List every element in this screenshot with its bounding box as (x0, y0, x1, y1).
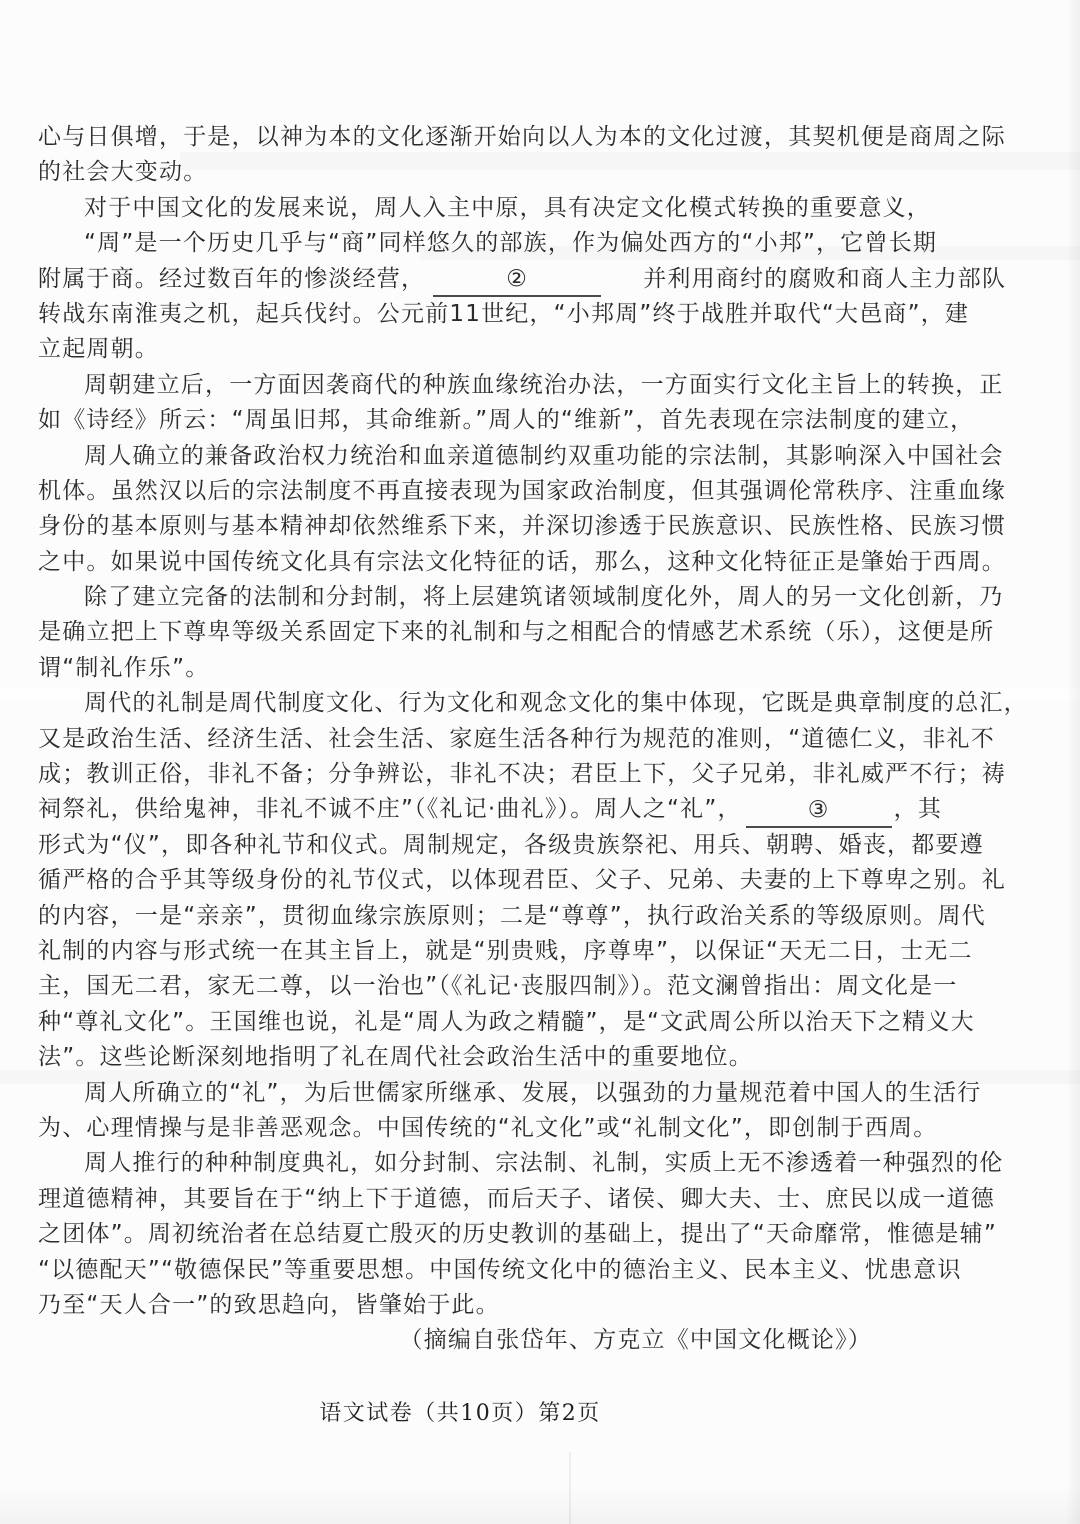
text-line: 之团体”。周初统治者在总结夏亡殷灭的历史教训的基础上，提出了“天命靡常，惟德是辅… (38, 1217, 1050, 1252)
fill-in-blank-underline-3: ③ (746, 795, 892, 828)
text-line: 礼制的内容与形式统一在其主旨上，就是“别贵贱，序尊卑”，以保证“天无二日，士无二 (38, 934, 1050, 969)
text-line: 周人推行的种种制度典礼，如分封制、宗法制、礼制，实质上无不渗透着一种强烈的伦 (38, 1146, 1050, 1181)
text-line: 成；教训正俗，非礼不备；分争辨讼，非礼不决；君臣上下，父子兄弟，非礼威严不行；祷 (38, 757, 1050, 792)
text-line: 种“尊礼文化”。王国维也说，礼是“周人为政之精髓”，是“文武周公所以治天下之精义… (38, 1005, 1050, 1040)
text-segment: ，其 (894, 796, 942, 822)
text-line: 转战东南淮夷之机，起兵伐纣。公元前11世纪，“小邦周”终于战胜并取代“大邑商”，… (38, 297, 1050, 332)
text-line: 立起周朝。 (38, 332, 1050, 367)
scan-edge-shade (1066, 0, 1080, 1524)
passage-body: 心与日俱增，于是，以神为本的文化逐渐开始向以人为本的文化过渡，其契机便是商周之际… (38, 120, 1050, 1359)
text-line: 机体。虽然汉以后的宗法制度不再直接表现为国家政治制度，但其强调伦常秩序、注重血缘 (38, 474, 1050, 509)
text-line: 除了建立完备的法制和分封制，将上层建筑诸领域制度化外，周人的另一文化创新，乃 (38, 580, 1050, 615)
text-line: 周代的礼制是周代制度文化、行为文化和观念文化的集中体现，它既是典章制度的总汇， (38, 686, 1050, 721)
text-line: 心与日俱增，于是，以神为本的文化逐渐开始向以人为本的文化过渡，其契机便是商周之际 (38, 120, 1050, 155)
text-line: 形式为“仪”，即各种礼节和仪式。周制规定，各级贵族祭祀、用兵、朝聘、婚丧，都要遵 (38, 828, 1050, 863)
text-line: 又是政治生活、经济生活、社会生活、家庭生活各种行为规范的准则，“道德仁义，非礼不 (38, 722, 1050, 757)
text-segment: 祠祭礼，供给鬼神，非礼不诚不庄”（《礼记·曲礼》）。周人之“礼”， (38, 796, 742, 822)
text-line-with-blank: 附属于商。经过数百年的惨淡经营，②并利用商纣的腐败和商人主力部队 (38, 262, 1050, 297)
fill-in-blank-underline-2: ② (433, 264, 601, 297)
text-line: 乃至“天人合一”的致思趋向，皆肇始于此。 (38, 1288, 1050, 1323)
circled-number-3: ③ (808, 797, 830, 823)
text-line: 如《诗经》所云：“周虽旧邦，其命维新。”周人的“维新”，首先表现在宗法制度的建立… (38, 403, 1050, 438)
text-line: 的社会大变动。 (38, 155, 1050, 190)
text-line: 为、心理情操与是非善恶观念。中国传统的“礼文化”或“礼制文化”，即创制于西周。 (38, 1111, 1050, 1146)
text-line: 的内容，一是“亲亲”，贯彻血缘宗族原则；二是“尊尊”，执行政治关系的等级原则。周… (38, 899, 1050, 934)
text-line: 周朝建立后，一方面因袭商代的种族血缘统治办法，一方面实行文化主旨上的转换，正 (38, 368, 1050, 403)
text-line: 理道德精神，其要旨在于“纳上下于道德，而后天子、诸侯、卿大夫、士、庶民以成一道德 (38, 1182, 1050, 1217)
text-line: 对于中国文化的发展来说，周人入主中原，具有决定文化模式转换的重要意义， (38, 191, 1050, 226)
text-line: 主，国无二君，家无二尊，以一治也”（《礼记·丧服四制》）。范文澜曾指出：周文化是… (38, 969, 1050, 1004)
text-line: 之中。如果说中国传统文化具有宗法文化特征的话，那么，这种文化特征正是肇始于西周。 (38, 545, 1050, 580)
source-attribution: （摘编自张岱年、方克立《中国文化概论》） (38, 1323, 1050, 1358)
exam-paper-scan: 心与日俱增，于是，以神为本的文化逐渐开始向以人为本的文化过渡，其契机便是商周之际… (0, 0, 1080, 1524)
text-line-with-blank: 祠祭礼，供给鬼神，非礼不诚不庄”（《礼记·曲礼》）。周人之“礼”，③，其 (38, 792, 1050, 827)
text-segment: 并利用商纣的腐败和商人主力部队 (643, 266, 1006, 292)
text-line: 谓“制礼作乐”。 (38, 651, 1050, 686)
text-line: 是确立把上下尊卑等级关系固定下来的礼制和与之相配合的情感艺术系统（乐），这便是所 (38, 615, 1050, 650)
text-line: “以德配天”“敬德保民”等重要思想。中国传统文化中的德治主义、民本主义、忧患意识 (38, 1253, 1050, 1288)
circled-number-2: ② (506, 266, 528, 292)
page-footer: 语文试卷（共10页）第2页 (0, 1396, 1000, 1427)
text-line: 法”。这些论断深刻地指明了礼在周代社会政治生活中的重要地位。 (38, 1040, 1050, 1075)
text-line: 身份的基本原则与基本精神却依然维系下来，并深切渗透于民族意识、民族性格、民族习惯 (38, 509, 1050, 544)
text-line: “周”是一个历史几乎与“商”同样悠久的部族，作为偏处西方的“小邦”，它曾长期 (38, 226, 1050, 261)
text-line: 周人所确立的“礼”，为后世儒家所继承、发展，以强劲的力量规范着中国人的生活行 (38, 1076, 1050, 1111)
text-segment: 附属于商。经过数百年的惨淡经营， (38, 266, 425, 292)
scan-fold-mark (569, 1452, 571, 1524)
text-line: 周人确立的兼备政治权力统治和血亲道德制约双重功能的宗法制，其影响深入中国社会 (38, 439, 1050, 474)
text-line: 循严格的合乎其等级身份的礼节仪式，以体现君臣、父子、兄弟、夫妻的上下尊卑之别。礼 (38, 863, 1050, 898)
scan-edge-shade (0, 1484, 1080, 1524)
